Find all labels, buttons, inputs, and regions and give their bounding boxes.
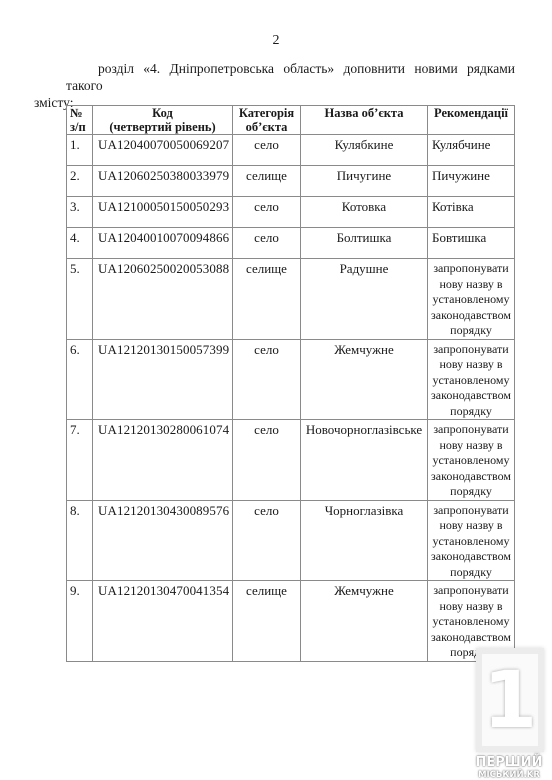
cell-num: 1. bbox=[67, 135, 93, 166]
header-num-line-1: № bbox=[70, 106, 83, 120]
table-row: 4.UA12040010070094866селоБолтишкаБовтишк… bbox=[67, 228, 515, 259]
header-name: Назва об’єкта bbox=[301, 106, 428, 135]
table-row: 1.UA12040070050069207селоКулябкинеКулябч… bbox=[67, 135, 515, 166]
page-number: 2 bbox=[0, 33, 552, 49]
header-code-line-2: (четвертий рівень) bbox=[109, 120, 215, 134]
cell-num: 4. bbox=[67, 228, 93, 259]
cell-category: селище bbox=[233, 259, 301, 340]
cell-category: село bbox=[233, 197, 301, 228]
table-row: 8.UA12120130430089576селоЧорноглазівказа… bbox=[67, 500, 515, 581]
cell-recommendation: Кулябчине bbox=[428, 135, 515, 166]
cell-name: Болтишка bbox=[301, 228, 428, 259]
table-row: 7.UA12120130280061074селоНовочорноглазів… bbox=[67, 420, 515, 501]
header-category-line-1: Категорія bbox=[239, 106, 294, 120]
header-category-line-2: об’єкта bbox=[246, 120, 288, 134]
cell-name: Пичугине bbox=[301, 166, 428, 197]
cell-category: село bbox=[233, 420, 301, 501]
cell-recommendation: запропонувати нову назву в установленому… bbox=[428, 259, 515, 340]
cell-code: UA12100050150050293 bbox=[93, 197, 233, 228]
table-row: 2.UA12060250380033979селищеПичугинеПичуж… bbox=[67, 166, 515, 197]
cell-num: 5. bbox=[67, 259, 93, 340]
cell-name: Котовка bbox=[301, 197, 428, 228]
table-header-row: № з/п Код (четвертий рівень) Категорія о… bbox=[67, 106, 515, 135]
cell-code: UA12060250020053088 bbox=[93, 259, 233, 340]
table-row: 5.UA12060250020053088селищеРадушнезапроп… bbox=[67, 259, 515, 340]
header-num-line-2: з/п bbox=[70, 120, 86, 134]
cell-recommendation: запропонувати нову назву в установленому… bbox=[428, 500, 515, 581]
cell-code: UA12040070050069207 bbox=[93, 135, 233, 166]
table-row: 3.UA12100050150050293селоКотовкаКотівка bbox=[67, 197, 515, 228]
cell-name: Жемчужне bbox=[301, 339, 428, 420]
watermark-logo: 1 ПЕРШИЙ МІСЬКИЙ.KR bbox=[466, 648, 552, 780]
cell-num: 8. bbox=[67, 500, 93, 581]
cell-num: 3. bbox=[67, 197, 93, 228]
cell-name: Чорноглазівка bbox=[301, 500, 428, 581]
cell-name: Жемчужне bbox=[301, 581, 428, 662]
cell-name: Радушне bbox=[301, 259, 428, 340]
cell-category: село bbox=[233, 339, 301, 420]
header-category: Категорія об’єкта bbox=[233, 106, 301, 135]
table-row: 9.UA12120130470041354селищеЖемчужнезапро… bbox=[67, 581, 515, 662]
cell-category: селище bbox=[233, 166, 301, 197]
cell-code: UA12120130150057399 bbox=[93, 339, 233, 420]
cell-category: село bbox=[233, 135, 301, 166]
cell-num: 9. bbox=[67, 581, 93, 662]
logo-text-line-2: МІСЬКИЙ.KR bbox=[466, 770, 552, 780]
cell-code: UA12060250380033979 bbox=[93, 166, 233, 197]
cell-num: 2. bbox=[67, 166, 93, 197]
logo-frame: 1 bbox=[476, 648, 544, 752]
cell-recommendation: Котівка bbox=[428, 197, 515, 228]
cell-category: село bbox=[233, 500, 301, 581]
cell-code: UA12040010070094866 bbox=[93, 228, 233, 259]
cell-num: 7. bbox=[67, 420, 93, 501]
intro-line-1: розділ «4. Дніпропетровська область» доп… bbox=[66, 60, 515, 94]
cell-name: Новочорноглазівське bbox=[301, 420, 428, 501]
cell-name: Кулябкине bbox=[301, 135, 428, 166]
header-recommendation: Рекомендації bbox=[428, 106, 515, 135]
header-num: № з/п bbox=[67, 106, 93, 135]
cell-category: село bbox=[233, 228, 301, 259]
cell-code: UA12120130280061074 bbox=[93, 420, 233, 501]
header-code-line-1: Код bbox=[152, 106, 173, 120]
cell-code: UA12120130470041354 bbox=[93, 581, 233, 662]
logo-digit: 1 bbox=[482, 658, 538, 744]
cell-recommendation: запропонувати нову назву в установленому… bbox=[428, 420, 515, 501]
settlements-table: № з/п Код (четвертий рівень) Категорія о… bbox=[66, 105, 515, 662]
header-code: Код (четвертий рівень) bbox=[93, 106, 233, 135]
cell-num: 6. bbox=[67, 339, 93, 420]
cell-recommendation: Пичужине bbox=[428, 166, 515, 197]
cell-recommendation: Бовтишка bbox=[428, 228, 515, 259]
logo-text-line-1: ПЕРШИЙ bbox=[466, 756, 552, 770]
cell-category: селище bbox=[233, 581, 301, 662]
intro-paragraph: розділ «4. Дніпропетровська область» доп… bbox=[66, 60, 515, 111]
cell-code: UA12120130430089576 bbox=[93, 500, 233, 581]
table-row: 6.UA12120130150057399селоЖемчужнезапропо… bbox=[67, 339, 515, 420]
cell-recommendation: запропонувати нову назву в установленому… bbox=[428, 339, 515, 420]
